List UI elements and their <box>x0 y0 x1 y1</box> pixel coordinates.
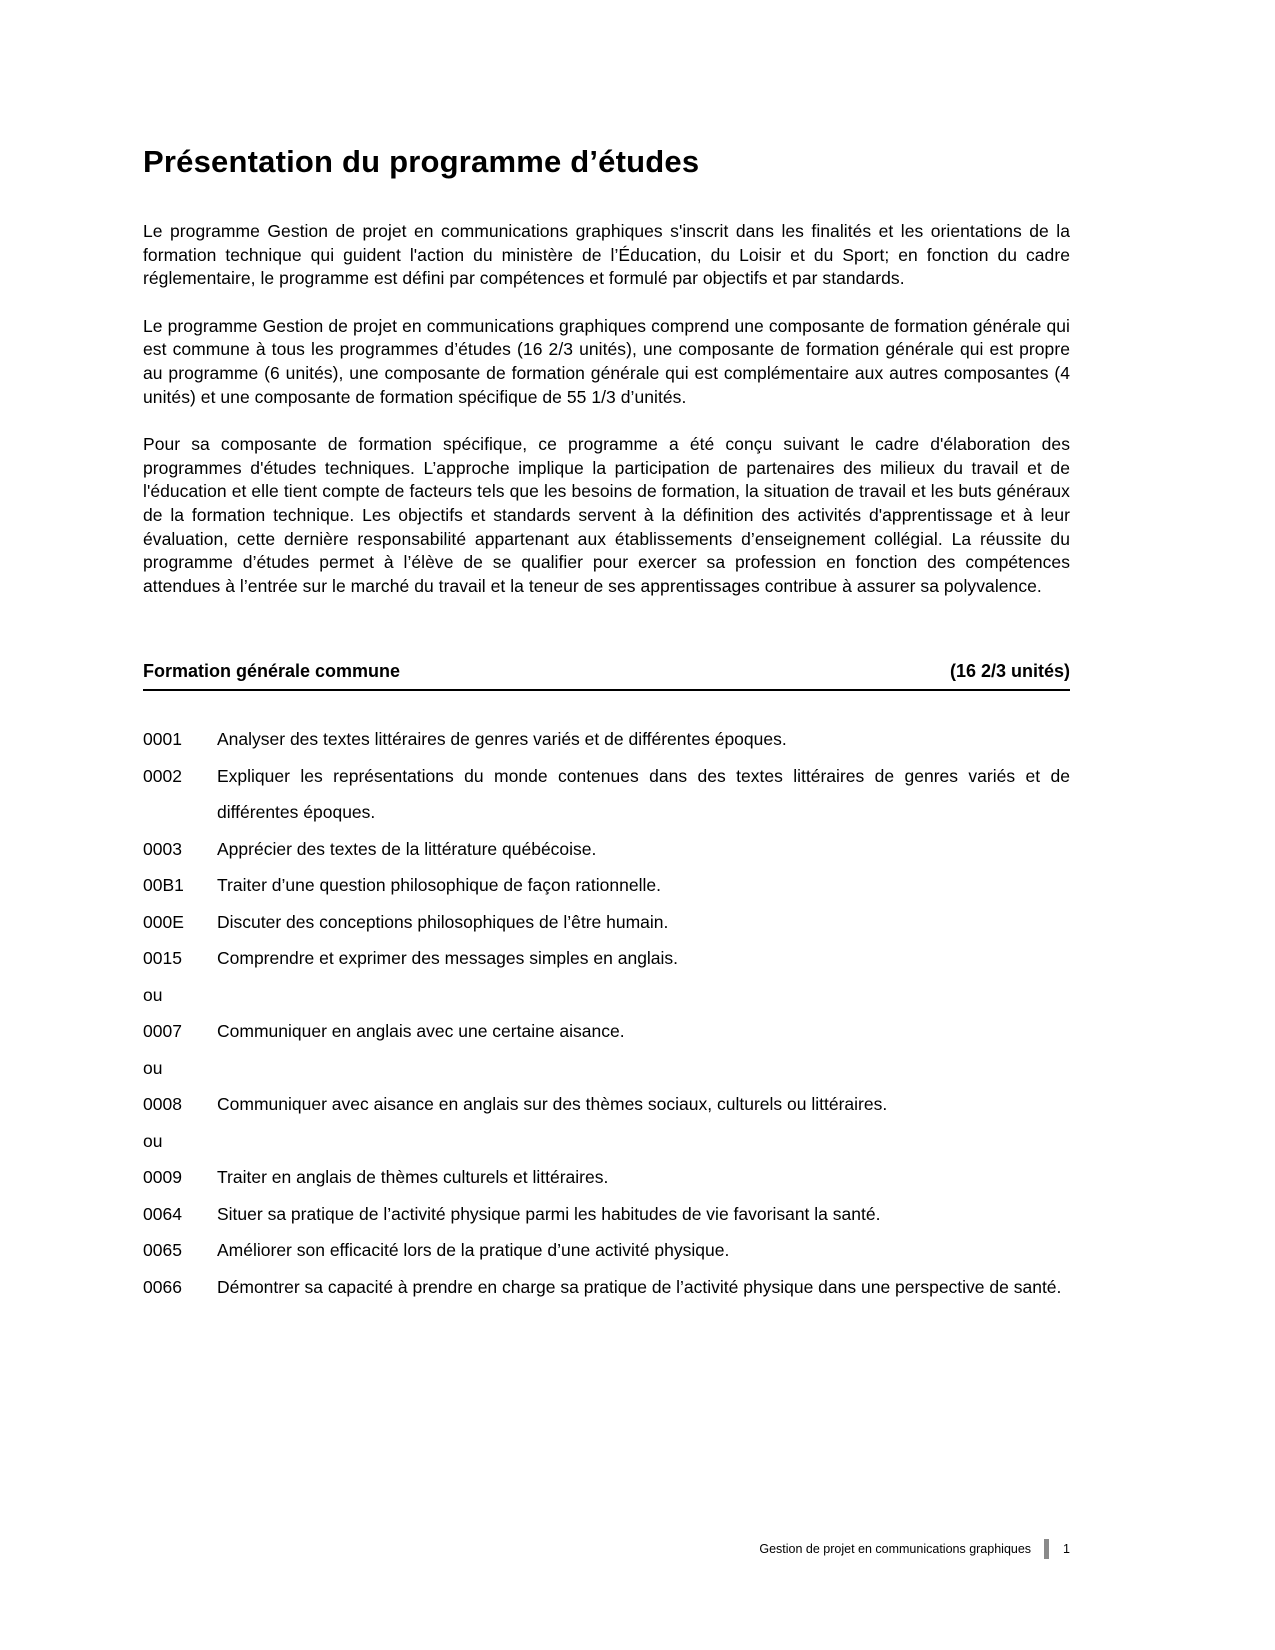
course-description: Traiter en anglais de thèmes culturels e… <box>217 1159 1070 1196</box>
course-connector-row: ou <box>143 1123 1070 1160</box>
course-description: Discuter des conceptions philosophiques … <box>217 904 1070 941</box>
course-description: Améliorer son efficacité lors de la prat… <box>217 1232 1070 1269</box>
course-connector-row: ou <box>143 1050 1070 1087</box>
course-code: 0015 <box>143 940 217 977</box>
page-title: Présentation du programme d’études <box>143 0 1070 183</box>
connector-spacer <box>217 1050 1070 1087</box>
paragraph-3: Pour sa composante de formation spécifiq… <box>143 409 1070 598</box>
paragraph-2: Le programme Gestion de projet en commun… <box>143 291 1070 409</box>
course-description: Situer sa pratique de l’activité physiqu… <box>217 1196 1070 1233</box>
connector-spacer <box>217 1123 1070 1160</box>
course-description: Démontrer sa capacité à prendre en charg… <box>217 1269 1070 1306</box>
section-header-rule: Formation générale commune (16 2/3 unité… <box>143 659 1070 691</box>
course-code: 0007 <box>143 1013 217 1050</box>
footer-divider-bar <box>1044 1539 1049 1559</box>
course-row: 000E Discuter des conceptions philosophi… <box>143 904 1070 941</box>
course-row: 0001 Analyser des textes littéraires de … <box>143 721 1070 758</box>
course-description: Traiter d’une question philosophique de … <box>217 867 1070 904</box>
course-code: 0065 <box>143 1232 217 1269</box>
connector-label: ou <box>143 977 217 1014</box>
section-header: Formation générale commune (16 2/3 unité… <box>143 598 1070 691</box>
footer-document-name: Gestion de projet en communications grap… <box>759 1538 1031 1560</box>
course-code: 00B1 <box>143 867 217 904</box>
course-row: 0015 Comprendre et exprimer des messages… <box>143 940 1070 977</box>
course-description: Comprendre et exprimer des messages simp… <box>217 940 1070 977</box>
course-code: 0002 <box>143 758 217 831</box>
course-row: 00B1 Traiter d’une question philosophiqu… <box>143 867 1070 904</box>
course-row: 0007 Communiquer en anglais avec une cer… <box>143 1013 1070 1050</box>
course-row: 0008 Communiquer avec aisance en anglais… <box>143 1086 1070 1123</box>
course-row: 0065 Améliorer son efficacité lors de la… <box>143 1232 1070 1269</box>
page-content: Présentation du programme d’études Le pr… <box>143 0 1070 1305</box>
course-row: 0003 Apprécier des textes de la littérat… <box>143 831 1070 868</box>
course-row: 0066 Démontrer sa capacité à prendre en … <box>143 1269 1070 1306</box>
course-code: 000E <box>143 904 217 941</box>
course-code: 0008 <box>143 1086 217 1123</box>
course-description: Communiquer en anglais avec une certaine… <box>217 1013 1070 1050</box>
course-list: 0001 Analyser des textes littéraires de … <box>143 691 1070 1305</box>
course-code: 0066 <box>143 1269 217 1306</box>
footer-page-number: 1 <box>1063 1538 1070 1560</box>
section-units: (16 2/3 unités) <box>950 659 1070 683</box>
course-description: Analyser des textes littéraires de genre… <box>217 721 1070 758</box>
document-page: Présentation du programme d’études Le pr… <box>0 0 1275 1650</box>
course-description: Communiquer avec aisance en anglais sur … <box>217 1086 1070 1123</box>
connector-label: ou <box>143 1050 217 1087</box>
course-row: 0009 Traiter en anglais de thèmes cultur… <box>143 1159 1070 1196</box>
course-row: 0064 Situer sa pratique de l’activité ph… <box>143 1196 1070 1233</box>
course-code: 0001 <box>143 721 217 758</box>
connector-label: ou <box>143 1123 217 1160</box>
course-code: 0009 <box>143 1159 217 1196</box>
course-code: 0003 <box>143 831 217 868</box>
section-title: Formation générale commune <box>143 659 400 683</box>
course-description: Apprécier des textes de la littérature q… <box>217 831 1070 868</box>
course-code: 0064 <box>143 1196 217 1233</box>
course-connector-row: ou <box>143 977 1070 1014</box>
connector-spacer <box>217 977 1070 1014</box>
page-footer: Gestion de projet en communications grap… <box>759 1538 1070 1560</box>
paragraph-1: Le programme Gestion de projet en commun… <box>143 183 1070 291</box>
course-row: 0002 Expliquer les représentations du mo… <box>143 758 1070 831</box>
course-description: Expliquer les représentations du monde c… <box>217 758 1070 831</box>
